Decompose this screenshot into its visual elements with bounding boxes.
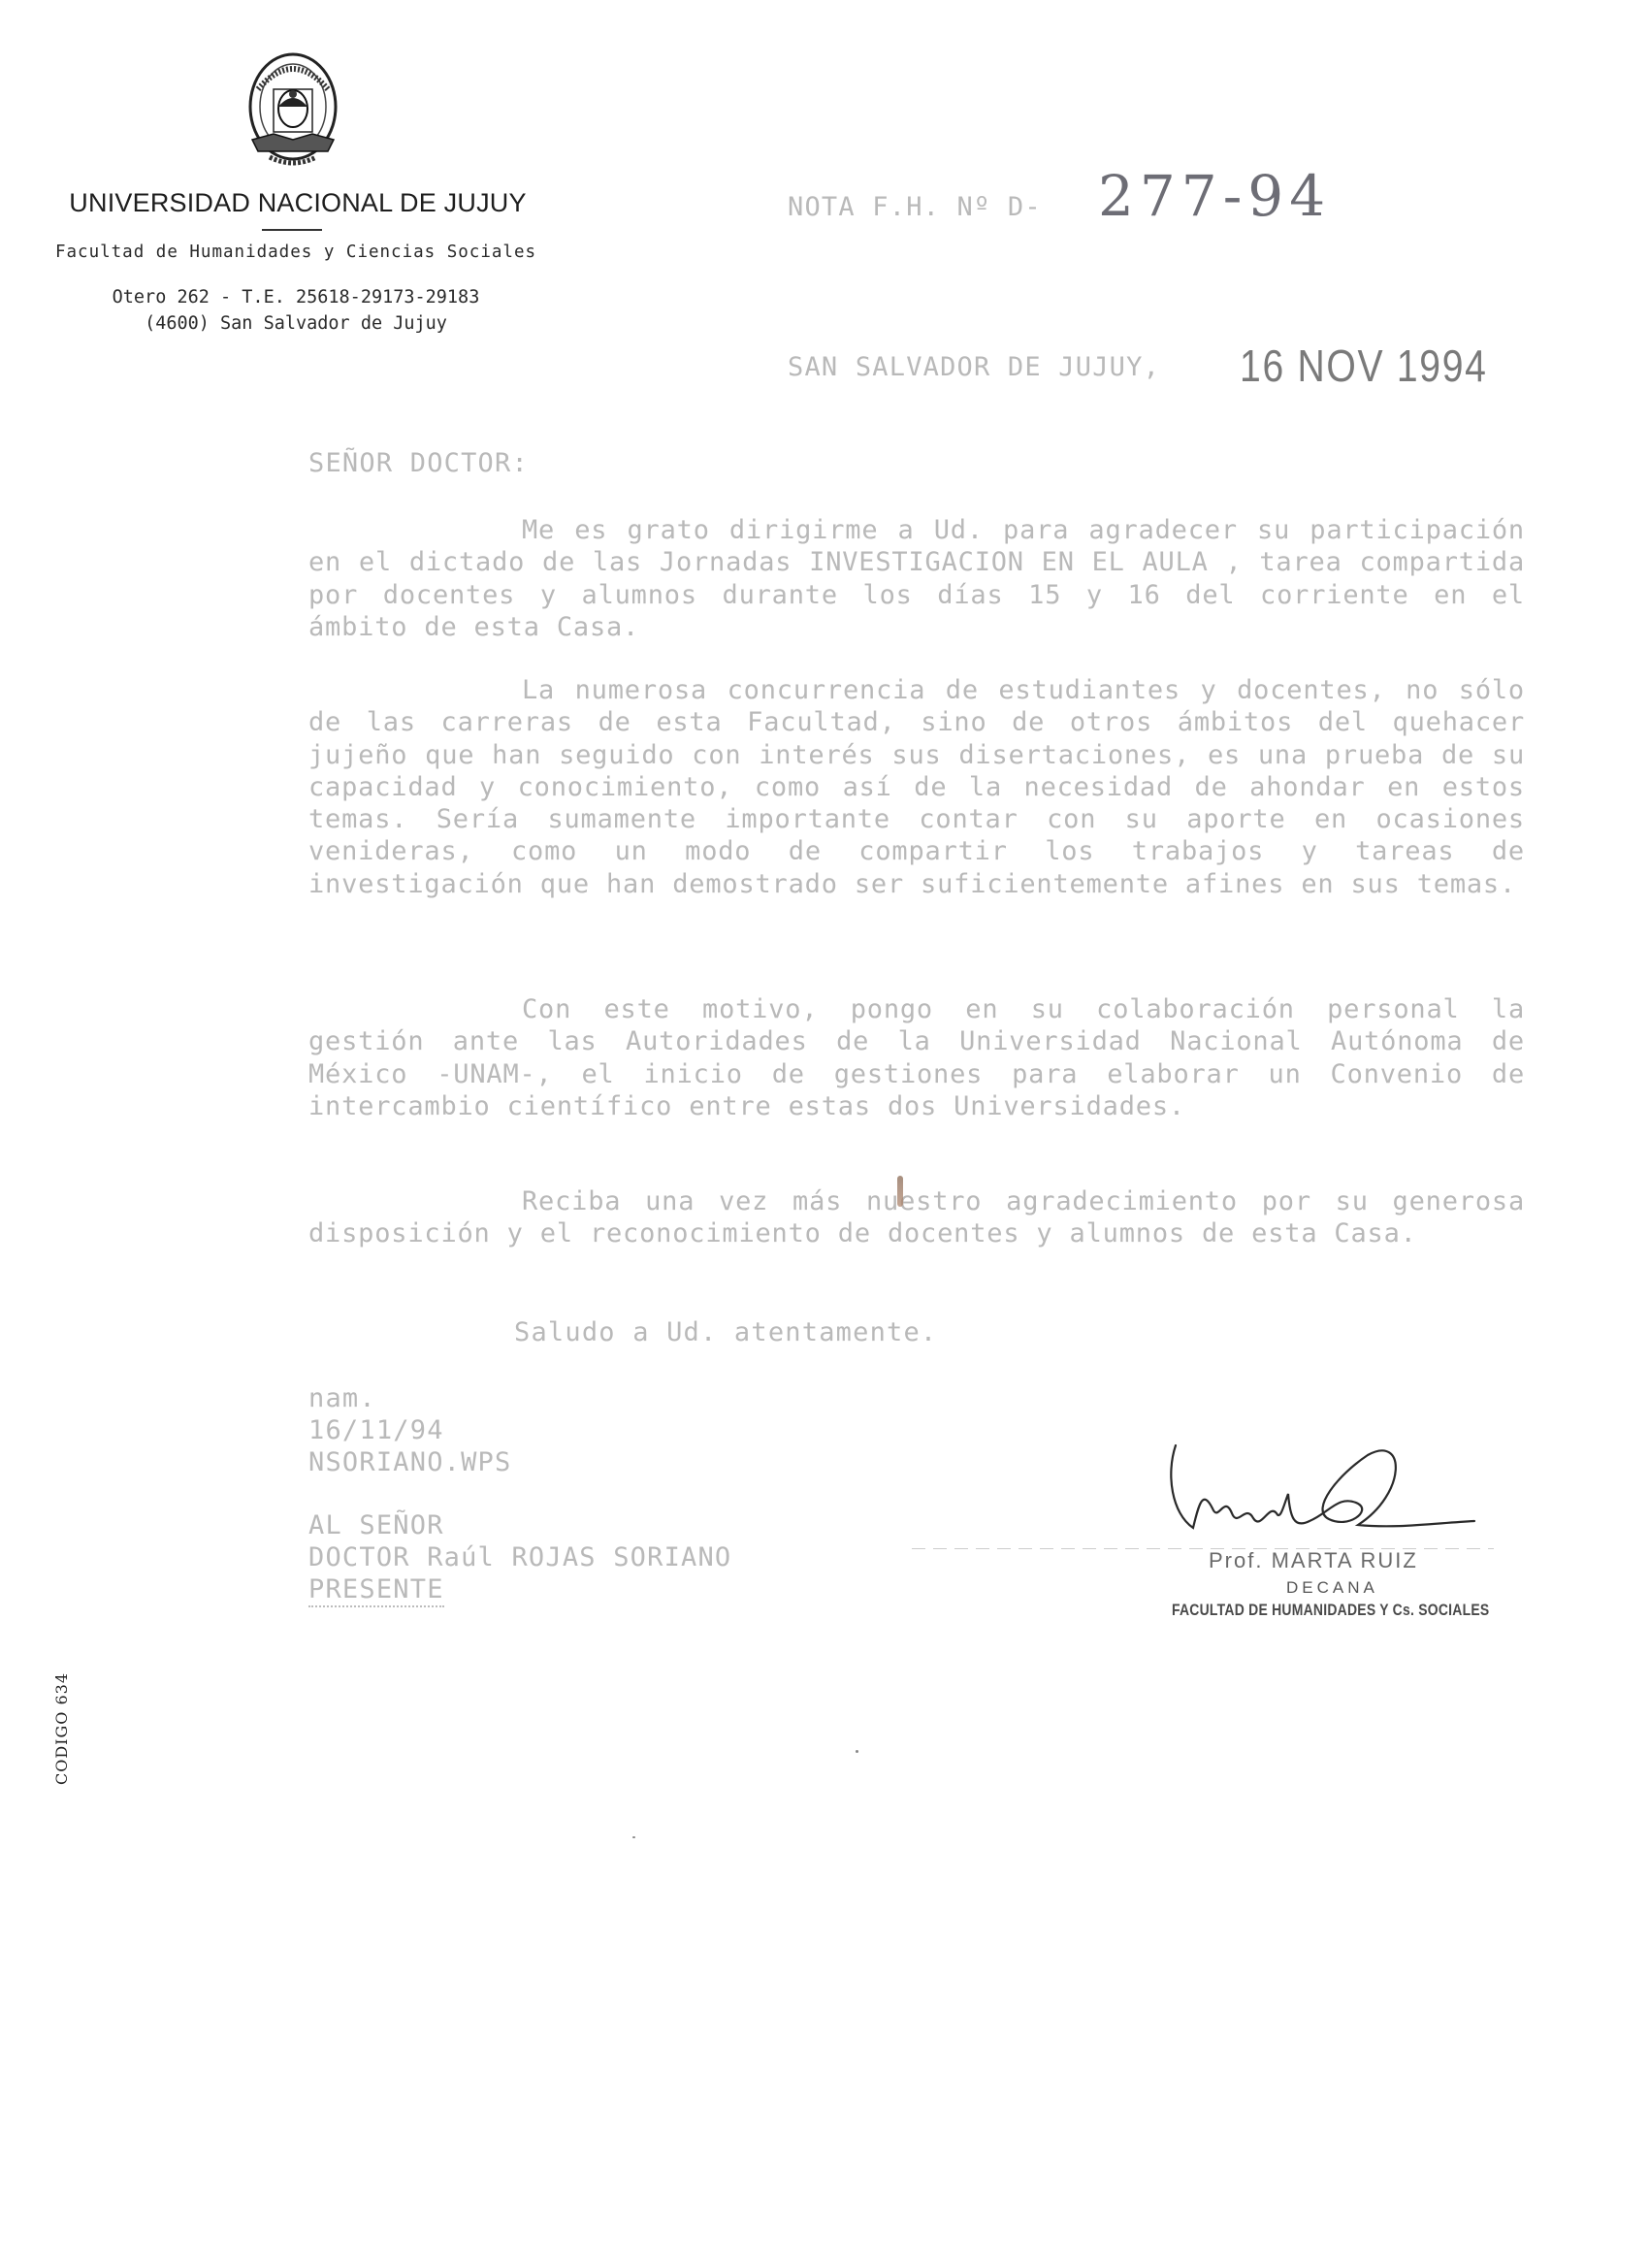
signatory-role: DECANA: [1286, 1578, 1378, 1598]
paper-speck: [856, 1750, 858, 1753]
address-line-1: Otero 262 - T.E. 25618-29173-29183: [48, 287, 543, 308]
reference-number-stamp: 277-94: [1098, 163, 1331, 229]
body-paragraph-3: Con este motivo, pongo en su colaboració…: [308, 993, 1525, 1122]
typist-initials: nam.: [308, 1383, 376, 1413]
recipient-line-1: AL SEÑOR: [308, 1510, 444, 1540]
recipient-line-3: PRESENTE: [308, 1574, 444, 1607]
salutation: SEÑOR DOCTOR:: [308, 448, 529, 478]
institution-name: UNIVERSIDAD NACIONAL DE JUJUY: [50, 188, 545, 218]
reference-label: NOTA F.H. Nº D-: [788, 192, 1042, 222]
address-line-2: (4600) San Salvador de Jujuy: [48, 313, 543, 334]
header-divider: [262, 229, 322, 231]
closing-line: Saludo a Ud. atentamente.: [514, 1317, 937, 1347]
file-name: NSORIANO.WPS: [308, 1447, 511, 1477]
recipient-line-2: DOCTOR Raúl ROJAS SORIANO: [308, 1542, 731, 1572]
handwritten-signature-icon: [1164, 1436, 1494, 1542]
body-paragraph-1: Me es grato dirigirme a Ud. para agradec…: [308, 514, 1525, 643]
body-paragraph-4: Reciba una vez más nuestro agradecimient…: [308, 1185, 1525, 1250]
date-stamp: 16 NOV 1994: [1240, 340, 1488, 392]
faculty-name: Facultad de Humanidades y Ciencias Socia…: [48, 243, 543, 262]
paragraph-text: Reciba una vez más nuestro agradecimient…: [308, 1186, 1525, 1248]
ink-stain: [897, 1176, 903, 1207]
place-line: SAN SALVADOR DE JUJUY,: [788, 352, 1160, 382]
paper-speck: [632, 1836, 635, 1838]
paragraph-text: La numerosa concurrencia de estudiantes …: [308, 675, 1525, 899]
paragraph-text: Me es grato dirigirme a Ud. para agradec…: [308, 515, 1525, 642]
university-seal-icon: [244, 50, 341, 175]
margin-code: CODIGO 634: [52, 1672, 71, 1785]
signatory-faculty: FACULTAD DE HUMANIDADES Y Cs. SOCIALES: [1172, 1601, 1489, 1620]
signatory-name: Prof. MARTA RUIZ: [1209, 1548, 1418, 1573]
body-paragraph-2: La numerosa concurrencia de estudiantes …: [308, 674, 1525, 900]
paragraph-text: Con este motivo, pongo en su colaboració…: [308, 994, 1525, 1121]
file-date: 16/11/94: [308, 1415, 444, 1445]
